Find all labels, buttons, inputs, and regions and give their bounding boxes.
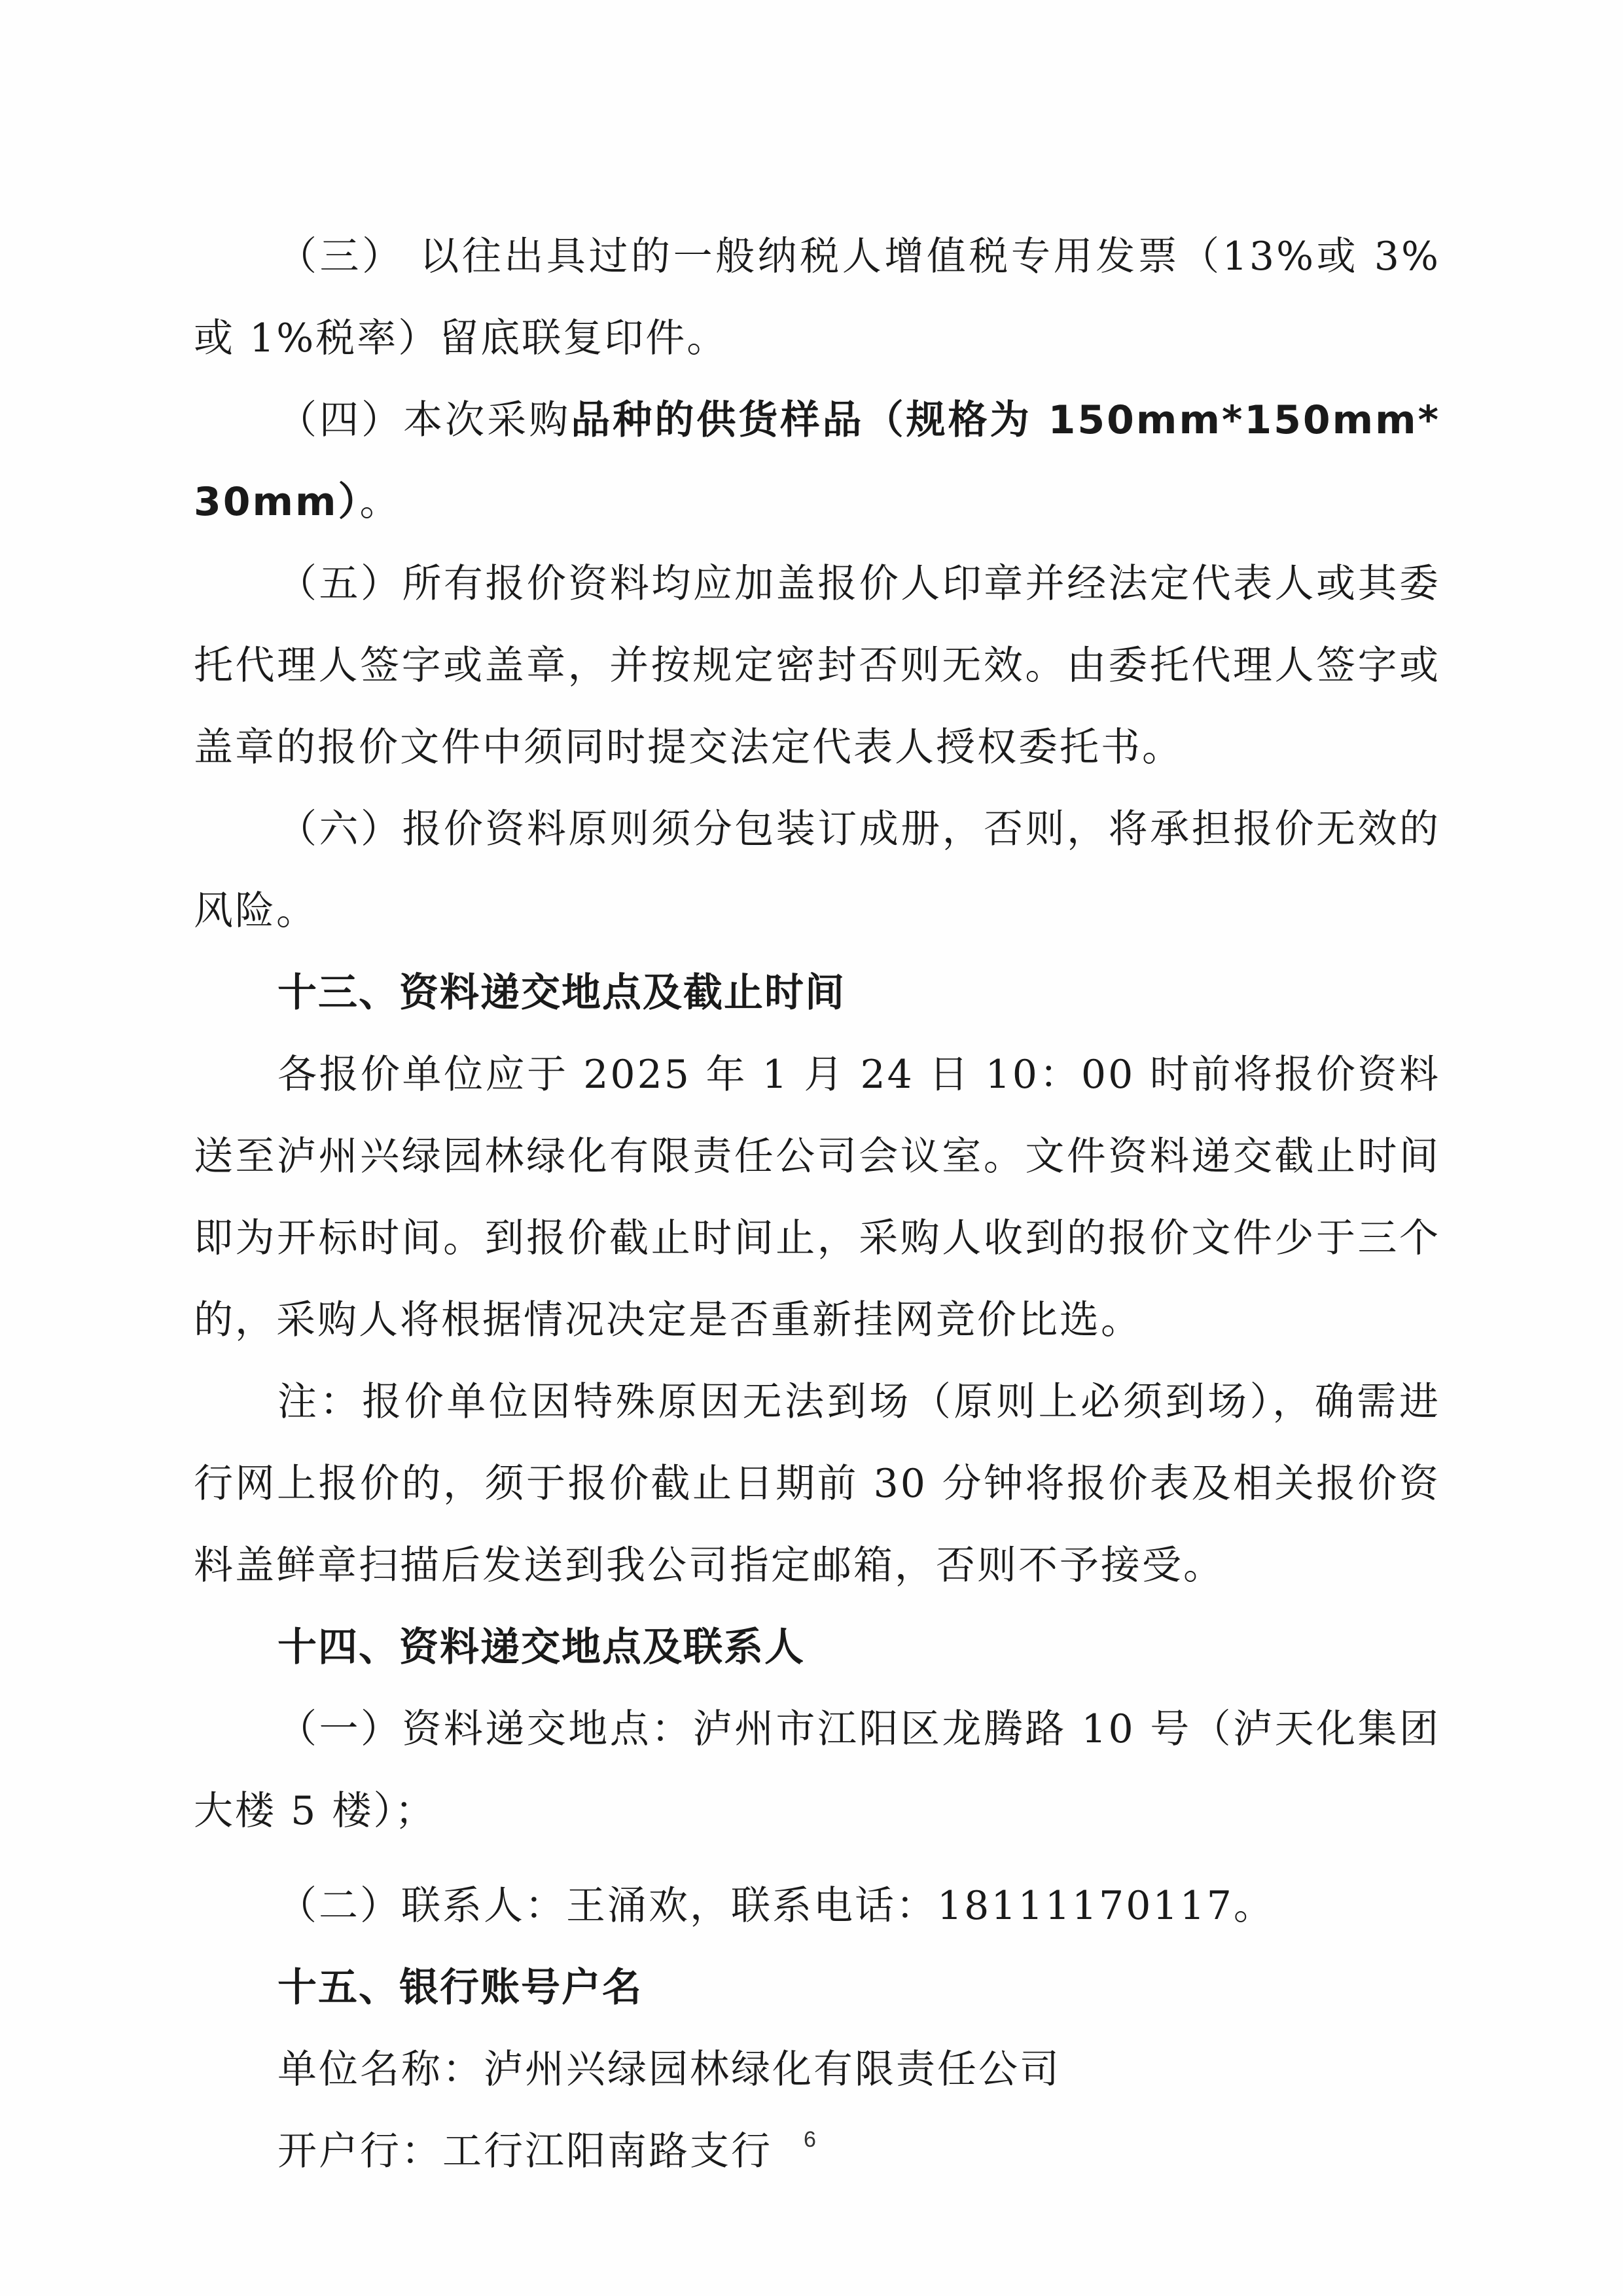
paragraph-item-5: （五）所有报价资料均应加盖报价人印章并经法定代表人或其委托代理人签字或盖章，并按… [194, 543, 1440, 789]
paragraph-item-6: （六）报价资料原则须分包装订成册，否则，将承担报价无效的风险。 [194, 789, 1440, 952]
item-4-prefix: （四）本次采购 [277, 397, 571, 443]
section-15-unit-name: 单位名称：泸州兴绿园林绿化有限责任公司 [194, 2029, 1440, 2111]
section-15-heading: 十五、银行账号户名 [194, 1947, 1440, 2029]
page-number: 6 [804, 2127, 816, 2153]
section-14-address: （一）资料递交地点：泸州市江阳区龙腾路 10 号（泸天化集团大楼 5 楼）； [194, 1689, 1440, 1852]
section-13-heading: 十三、资料递交地点及截止时间 [194, 952, 1440, 1034]
spacer [194, 1852, 1440, 1865]
section-13-body: 各报价单位应于 2025 年 1 月 24 日 10：00 时前将报价资料送至泸… [194, 1034, 1440, 1361]
section-15-bank: 开户行：工行江阳南路支行 [194, 2111, 1440, 2193]
section-14-heading: 十四、资料递交地点及联系人 [194, 1607, 1440, 1689]
item-4-suffix: 。 [360, 479, 401, 525]
document-page: （三） 以往出具过的一般纳税人增值税专用发票（13%或 3%或 1%税率）留底联… [0, 0, 1623, 2296]
paragraph-item-3: （三） 以往出具过的一般纳税人增值税专用发票（13%或 3%或 1%税率）留底联… [194, 216, 1440, 380]
paragraph-item-4: （四）本次采购品种的供货样品（规格为 150mm*150mm*30mm）。 [194, 380, 1440, 543]
section-13-note: 注：报价单位因特殊原因无法到场（原则上必须到场），确需进行网上报价的，须于报价截… [194, 1361, 1440, 1607]
section-14-contact: （二）联系人：王涌欢，联系电话：18111170117。 [194, 1865, 1440, 1947]
document-body: （三） 以往出具过的一般纳税人增值税专用发票（13%或 3%或 1%税率）留底联… [194, 216, 1440, 2193]
